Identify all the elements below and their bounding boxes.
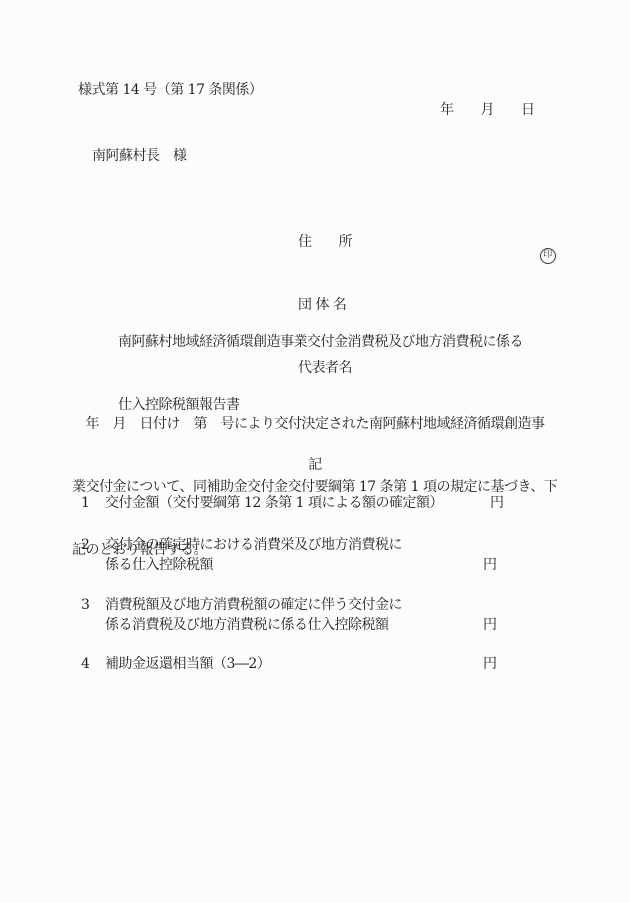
section-mark: 記: [0, 455, 630, 476]
item-number: 2: [81, 535, 89, 555]
list-item-4: 4 補助金返還相当額（3―2） 円: [0, 654, 630, 674]
body-line1: 年 月 日付け 第 号により交付決定された南阿蘇村地域経済循環創造事: [72, 414, 557, 435]
seal-stamp-icon: 印: [524, 229, 556, 280]
list-item-1: 1 交付金額（交付要綱第 12 条第 1 項による額の確定額） 円: [0, 493, 630, 513]
sender-address-label: 住 所: [298, 232, 352, 253]
date-line: 年 月 日: [440, 100, 535, 120]
addressee: 南阿蘇村長 様: [92, 146, 187, 166]
item-text-line1: 消費税額及び地方消費税額の確定に伴う交付金に: [105, 595, 630, 615]
item-number: 3: [81, 595, 89, 615]
item-text-line2: 係る消費税及び地方消費税に係る仕入控除税額: [105, 615, 630, 635]
document-title-line1: 南阿蘇村地域経済循環創造事業交付金消費税及び地方消費税に係る: [118, 332, 523, 353]
item-unit-yen: 円: [483, 654, 497, 674]
item-text-line2: 係る仕入控除税額: [105, 555, 630, 575]
document-page: 様式第 14 号（第 17 条関係） 年 月 日 南阿蘇村長 様 住 所 団 体…: [0, 0, 630, 903]
item-unit-yen: 円: [483, 615, 497, 635]
item-unit-yen: 円: [483, 555, 497, 575]
list-item-3: 3 消費税額及び地方消費税額の確定に伴う交付金に 係る消費税及び地方消費税に係る…: [0, 595, 630, 635]
item-text-line1: 交付金額（交付要綱第 12 条第 1 項による額の確定額）: [105, 493, 630, 513]
item-text-line1: 補助金返還相当額（3―2）: [105, 654, 630, 674]
seal-character: 印: [540, 248, 556, 264]
item-number: 4: [81, 654, 89, 674]
form-number: 様式第 14 号（第 17 条関係）: [78, 80, 262, 100]
list-item-2: 2 交付金の確定時における消費栄及び地方消費税に 係る仕入控除税額 円: [0, 535, 630, 575]
item-text-line1: 交付金の確定時における消費栄及び地方消費税に: [105, 535, 630, 555]
item-unit-yen: 円: [490, 493, 504, 513]
item-number: 1: [81, 493, 89, 513]
